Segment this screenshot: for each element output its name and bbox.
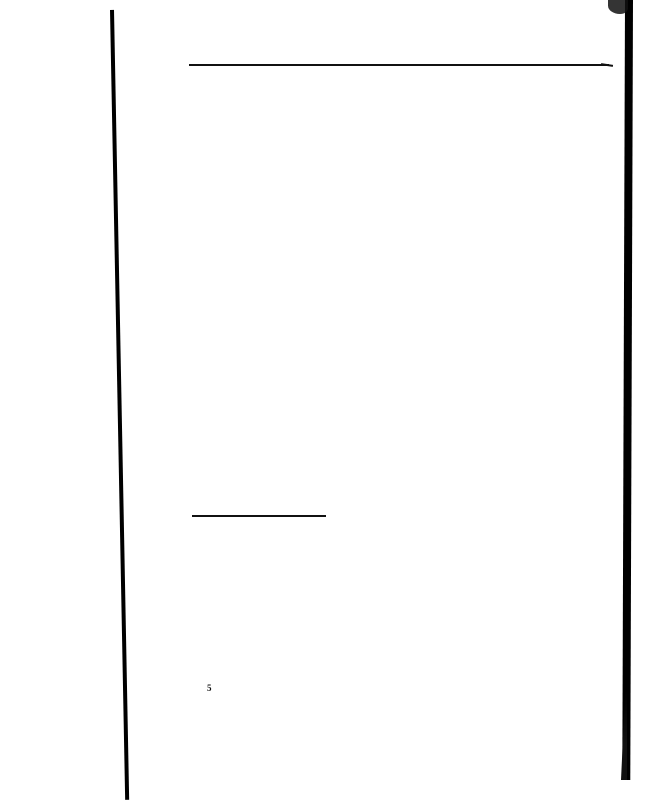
footnote-marker: 5 [207,683,212,693]
footnote-rule [192,515,326,517]
page-right-edge [622,0,633,780]
corner-smudge [608,0,628,14]
header-rule [189,64,609,66]
page-left-edge [110,10,129,800]
scanned-page: 5 [0,0,648,804]
